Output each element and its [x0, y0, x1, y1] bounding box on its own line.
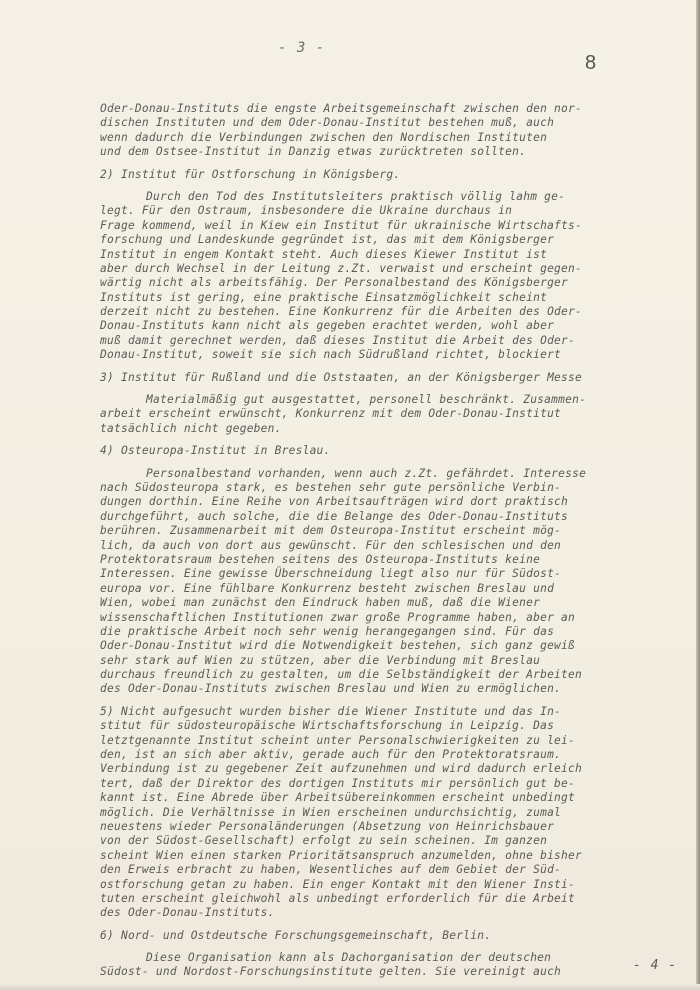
text-line: ostforschung getan zu haben. Ein enger K… — [100, 878, 700, 892]
text-line: scheint Wien einen starken Prioritätsans… — [100, 849, 700, 863]
text-line: forschung und Landeskunde gegründet ist,… — [100, 233, 700, 247]
text-line: Südost- und Nordost-Forschungsinstitute … — [100, 965, 700, 979]
text-line: tatsächlich nicht gegeben. — [100, 422, 700, 436]
text-line: durchgeführt, auch solche, die die Belan… — [100, 510, 700, 524]
paragraph-gap — [100, 459, 700, 467]
text-line: durchaus freundlich zu gestalten, um die… — [100, 668, 700, 682]
text-line: tert, daß der Direktor des dortigen Inst… — [100, 777, 700, 791]
text-line: Donau-Instituts kann nicht als gegeben e… — [100, 319, 700, 333]
text-line: von der Südost-Gesellschaft) erfolgt zu … — [100, 834, 700, 848]
section-heading: 3) Institut für Rußland und die Oststaat… — [100, 371, 700, 385]
text-line: nach Südosteuropa stark, es bestehen seh… — [100, 481, 700, 495]
text-line: Wien, wobei man zunächst den Eindruck ha… — [100, 596, 700, 610]
text-line: den, ist an sich aber aktiv, gerade auch… — [100, 748, 700, 762]
text-line: Oder-Donau-Institut wird die Notwendigke… — [100, 639, 700, 653]
text-line: derzeit nicht zu bestehen. Eine Konkurre… — [100, 305, 700, 319]
text-line: 5) Nicht aufgesucht wurden bisher die Wi… — [100, 705, 700, 719]
text-line: arbeit erscheint erwünscht, Konkurrenz m… — [100, 407, 700, 421]
text-line: wenn dadurch die Verbindungen zwischen d… — [100, 131, 700, 145]
text-line: muß damit gerechnet werden, daß dieses I… — [100, 334, 700, 348]
paragraph-gap — [100, 943, 700, 951]
text-line: dischen Instituten und dem Oder-Donau-In… — [100, 116, 700, 130]
text-line: dungen dorthin. Eine Reihe von Arbeitsau… — [100, 495, 700, 509]
text-line: Protektoratsraum bestehen seitens des Os… — [100, 553, 700, 567]
text-line: lich, da auch von dort aus gewünscht. Fü… — [100, 539, 700, 553]
paragraph-gap — [100, 182, 700, 190]
document-page: - 3 - 8 Oder-Donau-Instituts die engste … — [0, 0, 700, 990]
paragraph-gap — [100, 385, 700, 393]
typewritten-body: Oder-Donau-Instituts die engste Arbeitsg… — [100, 102, 700, 980]
text-line: des Oder-Donau-Instituts zwischen Bresla… — [100, 682, 700, 696]
text-line: Oder-Donau-Instituts die engste Arbeitsg… — [100, 102, 700, 116]
text-line: europa vor. Eine fühlbare Konkurrenz bes… — [100, 582, 700, 596]
text-line: Instituts ist gering, eine praktische Ei… — [100, 291, 700, 305]
text-line: Donau-Institut, soweit sie sich nach Süd… — [100, 348, 700, 362]
text-line: Verbindung ist zu gegebener Zeit aufzune… — [100, 762, 700, 776]
text-line: letztgenannte Institut scheint unter Per… — [100, 734, 700, 748]
text-line: aber durch Wechsel in der Leitung z.Zt. … — [100, 262, 700, 276]
paragraph-gap — [100, 697, 700, 705]
text-line: kannt ist. Eine Abrede über Arbeitsübere… — [100, 791, 700, 805]
text-line: wärtig nicht als arbeitsfähig. Der Perso… — [100, 276, 700, 290]
text-line: Interessen. Eine gewisse Überschneidung … — [100, 567, 700, 581]
text-line: möglich. Die Verhältnisse in Wien ersche… — [100, 806, 700, 820]
text-line: wissenschaftlichen Institutionen zwar gr… — [100, 611, 700, 625]
paper-edge-bottom — [0, 984, 700, 990]
text-line: Durch den Tod des Institutsleiters prakt… — [100, 190, 700, 204]
text-line: Personalbestand vorhanden, wenn auch z.Z… — [100, 467, 700, 481]
paragraph-gap — [100, 160, 700, 168]
paragraph-gap — [100, 436, 700, 444]
text-line: legt. Für den Ostraum, insbesondere die … — [100, 204, 700, 218]
page-number-top: - 3 - — [278, 40, 325, 56]
folio-number: 8 — [585, 52, 596, 75]
text-line: Diese Organisation kann als Dachorganisa… — [100, 951, 700, 965]
section-heading: 6) Nord- und Ostdeutsche Forschungsgemei… — [100, 929, 700, 943]
section-heading: 2) Institut für Ostforschung in Königsbe… — [100, 168, 700, 182]
paragraph-gap — [100, 921, 700, 929]
text-line: sehr stark auf Wien zu stützen, aber die… — [100, 654, 700, 668]
text-line: des Oder-Donau-Instituts. — [100, 906, 700, 920]
page-number-bottom: - 4 - — [633, 958, 677, 973]
text-line: neuestens wieder Personaländerungen (Abs… — [100, 820, 700, 834]
text-line: berühren. Zusammenarbeit mit dem Osteuro… — [100, 524, 700, 538]
text-line: den Erweis erbracht zu haben, Wesentlich… — [100, 863, 700, 877]
paragraph-gap — [100, 363, 700, 371]
text-line: Institut in engem Kontakt steht. Auch di… — [100, 248, 700, 262]
text-line: Materialmäßig gut ausgestattet, personel… — [100, 393, 700, 407]
text-line: und dem Ostsee-Institut in Danzig etwas … — [100, 145, 700, 159]
section-heading: 4) Osteuropa-Institut in Breslau. — [100, 444, 700, 458]
text-line: Frage kommend, weil in Kiew ein Institut… — [100, 219, 700, 233]
text-line: tuten erscheint gleichwohl als unbedingt… — [100, 892, 700, 906]
text-line: stitut für südosteuropäische Wirtschafts… — [100, 719, 700, 733]
text-line: die praktische Arbeit noch sehr wenig he… — [100, 625, 700, 639]
